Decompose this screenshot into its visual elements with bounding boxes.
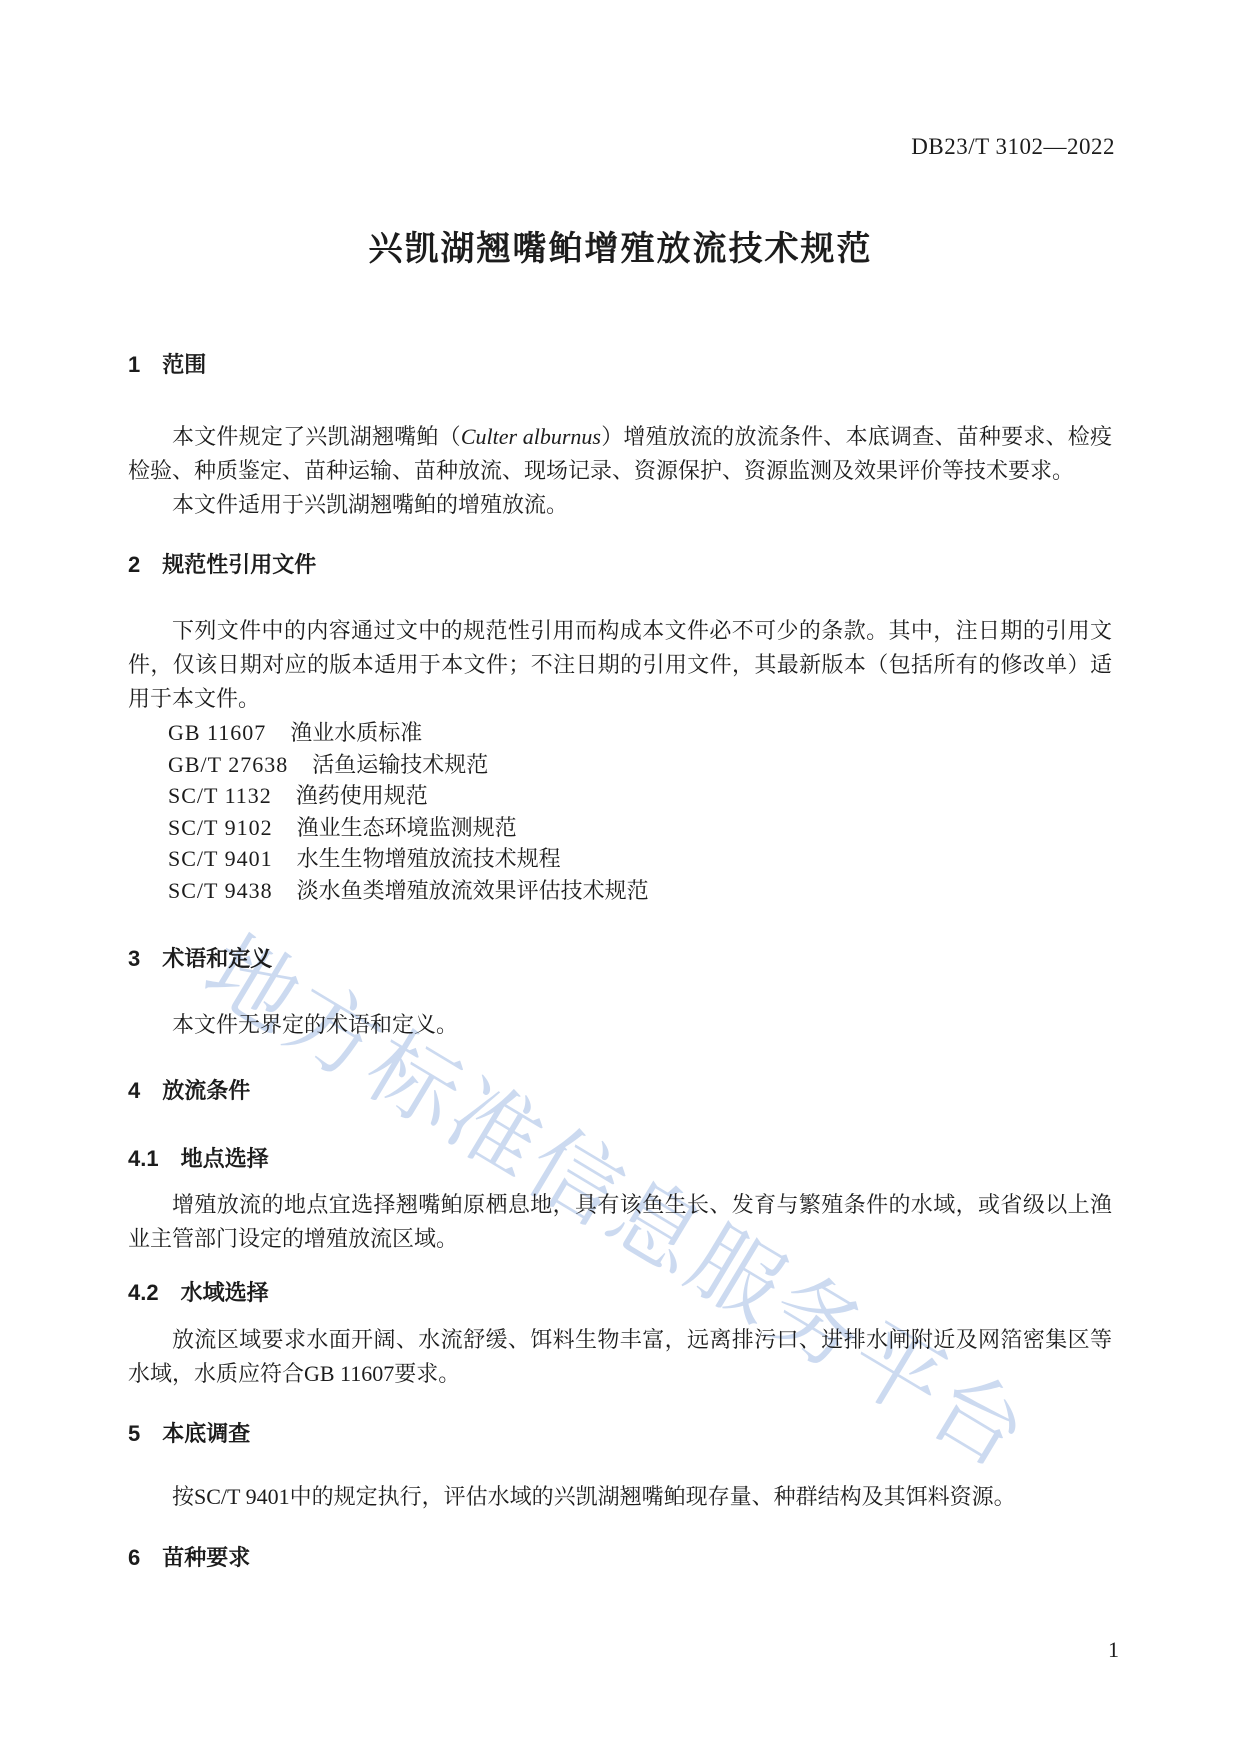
section-1-title: 范围 [162, 352, 206, 377]
section-3-title: 术语和定义 [162, 946, 272, 971]
water-selection-paragraph: 放流区域要求水面开阔、水流舒缓、饵料生物丰富，远离排污口、进排水闸附近及网箔密集… [128, 1323, 1112, 1391]
section-6-number: 6 [128, 1543, 140, 1573]
document-title: 兴凯湖翘嘴鲌增殖放流技术规范 [0, 228, 1241, 270]
section-4-1-number: 4.1 [128, 1144, 159, 1174]
standard-code: DB23/T 3102—2022 [911, 134, 1115, 160]
reference-code: SC/T 9401 [168, 843, 273, 875]
section-2-number: 2 [128, 550, 140, 580]
reference-item: SC/T 9438淡水鱼类增殖放流效果评估技术规范 [168, 875, 1112, 907]
scope-text-pre: 本文件规定了兴凯湖翘嘴鲌（ [172, 424, 461, 449]
species-latin-name: Culter alburnus [461, 424, 601, 449]
section-2-heading: 2规范性引用文件 [128, 550, 1112, 580]
normative-references-intro: 下列文件中的内容通过文中的规范性引用而构成本文件必不可少的条款。其中，注日期的引… [128, 614, 1112, 716]
section-4-title: 放流条件 [162, 1078, 250, 1103]
section-6-heading: 6苗种要求 [128, 1543, 1112, 1573]
section-5-number: 5 [128, 1419, 140, 1449]
section-4-1-heading: 4.1地点选择 [128, 1144, 1112, 1174]
section-4-heading: 4放流条件 [128, 1076, 1112, 1106]
reference-name: 活鱼运输技术规范 [312, 752, 488, 777]
reference-item: SC/T 9401水生生物增殖放流技术规程 [168, 843, 1112, 875]
reference-item: SC/T 1132渔药使用规范 [168, 780, 1112, 812]
terms-paragraph: 本文件无界定的术语和定义。 [128, 1008, 1112, 1042]
reference-code: SC/T 9102 [168, 812, 273, 844]
section-3-number: 3 [128, 944, 140, 974]
section-5-heading: 5本底调查 [128, 1419, 1112, 1449]
document-page: 地方标准信息服务平台 DB23/T 3102—2022 兴凯湖翘嘴鲌增殖放流技术… [0, 0, 1241, 1755]
section-4-number: 4 [128, 1076, 140, 1106]
section-1-heading: 1范围 [128, 350, 1112, 380]
reference-name: 渔业生态环境监测规范 [297, 815, 517, 840]
section-4-1-title: 地点选择 [181, 1146, 269, 1171]
reference-name: 渔业水质标准 [290, 720, 422, 745]
reference-code: GB/T 27638 [168, 749, 288, 781]
reference-name: 水生生物增殖放流技术规程 [297, 846, 561, 871]
page-number: 1 [1108, 1637, 1119, 1663]
reference-name: 淡水鱼类增殖放流效果评估技术规范 [297, 878, 649, 903]
section-1-number: 1 [128, 350, 140, 380]
section-3-heading: 3术语和定义 [128, 944, 1112, 974]
section-4-2-number: 4.2 [128, 1278, 159, 1308]
section-4-2-heading: 4.2水域选择 [128, 1278, 1112, 1308]
section-6-title: 苗种要求 [162, 1545, 250, 1570]
reference-name: 渔药使用规范 [296, 783, 428, 808]
reference-code: GB 11607 [168, 717, 266, 749]
references-list: GB 11607渔业水质标准 GB/T 27638活鱼运输技术规范 SC/T 1… [168, 717, 1112, 906]
applicability-paragraph: 本文件适用于兴凯湖翘嘴鲌的增殖放流。 [128, 488, 1112, 522]
reference-code: SC/T 9438 [168, 875, 273, 907]
site-selection-paragraph: 增殖放流的地点宜选择翘嘴鲌原栖息地，具有该鱼生长、发育与繁殖条件的水域，或省级以… [128, 1188, 1112, 1256]
section-5-title: 本底调查 [162, 1421, 250, 1446]
scope-paragraph: 本文件规定了兴凯湖翘嘴鲌（Culter alburnus）增殖放流的放流条件、本… [128, 420, 1112, 488]
reference-code: SC/T 1132 [168, 780, 272, 812]
reference-item: GB 11607渔业水质标准 [168, 717, 1112, 749]
reference-item: GB/T 27638活鱼运输技术规范 [168, 749, 1112, 781]
section-4-2-title: 水域选择 [181, 1280, 269, 1305]
baseline-survey-paragraph: 按SC/T 9401中的规定执行，评估水域的兴凯湖翘嘴鲌现存量、种群结构及其饵料… [128, 1480, 1112, 1514]
section-2-title: 规范性引用文件 [162, 552, 316, 577]
reference-item: SC/T 9102渔业生态环境监测规范 [168, 812, 1112, 844]
